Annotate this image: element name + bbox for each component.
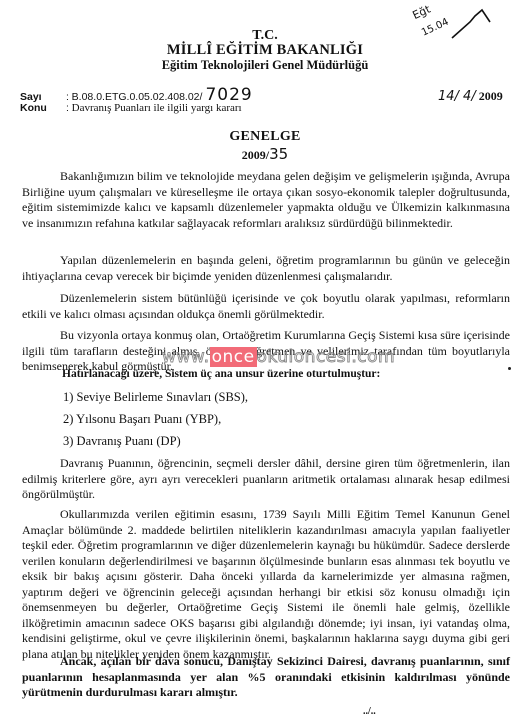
paragraph-2: Yapılan düzenlemelerin en başında geleni…	[22, 253, 510, 284]
circular-number-prefix: 2009/	[242, 148, 269, 162]
watermark-highlight: once	[210, 347, 257, 367]
date-handwritten: 14/ 4/	[438, 89, 476, 104]
paragraph-5: Davranış Puanının, öğrencinin, seçmeli d…	[22, 456, 510, 503]
list-heading: Hatırlanacağı üzere, Sistem üç ana unsur…	[62, 368, 380, 380]
document-page: Eğt 15.04 T.C. MİLLÎ EĞİTİM BAKANLIĞI Eğ…	[0, 0, 530, 717]
circular-number: 2009/35	[0, 145, 530, 163]
konu-separator: :	[66, 102, 69, 114]
circular-title: GENELGE	[0, 129, 530, 145]
paragraph-6: Okullarımızda verilen eğitimin esasını, …	[22, 507, 510, 662]
letterhead-department: Eğitim Teknolojileri Genel Müdürlüğü	[0, 58, 530, 73]
list-item-dp: 3) Davranış Puanı (DP)	[63, 434, 181, 449]
website-watermark: www.onceokuloncesi.com	[162, 347, 395, 367]
paragraph-7-court-decision: Ancak, açılan bir dava sonucu, Danıştay …	[22, 654, 510, 701]
continuation-mark: ../..	[363, 706, 376, 717]
konu-label: Konu	[20, 102, 66, 115]
date-year: 2009	[479, 89, 503, 103]
list-item-sbs: 1) Seviye Belirleme Sınavları (SBS),	[63, 390, 248, 405]
paragraph-3: Düzenlemelerin sistem bütünlüğü içerisin…	[22, 291, 510, 322]
letterhead: T.C. MİLLÎ EĞİTİM BAKANLIĞI Eğitim Tekno…	[0, 29, 530, 73]
letterhead-tc: T.C.	[0, 29, 530, 43]
konu-value: Davranış Puanları ile ilgili yargı karar…	[72, 102, 242, 114]
circular-number-handwritten: 35	[269, 145, 288, 163]
document-date: 14/ 4/ 2009	[438, 89, 503, 104]
subject-row: Konu: Davranış Puanları ile ilgili yargı…	[20, 102, 242, 115]
paragraph-1: Bakanlığımızın bilim ve teknolojide meyd…	[22, 169, 510, 231]
list-item-ybp: 2) Yılsonu Başarı Puanı (YBP),	[63, 412, 221, 427]
letterhead-ministry: MİLLÎ EĞİTİM BAKANLIĞI	[0, 43, 530, 58]
svg-text:Eğt: Eğt	[412, 2, 433, 22]
scan-speck	[508, 367, 511, 370]
